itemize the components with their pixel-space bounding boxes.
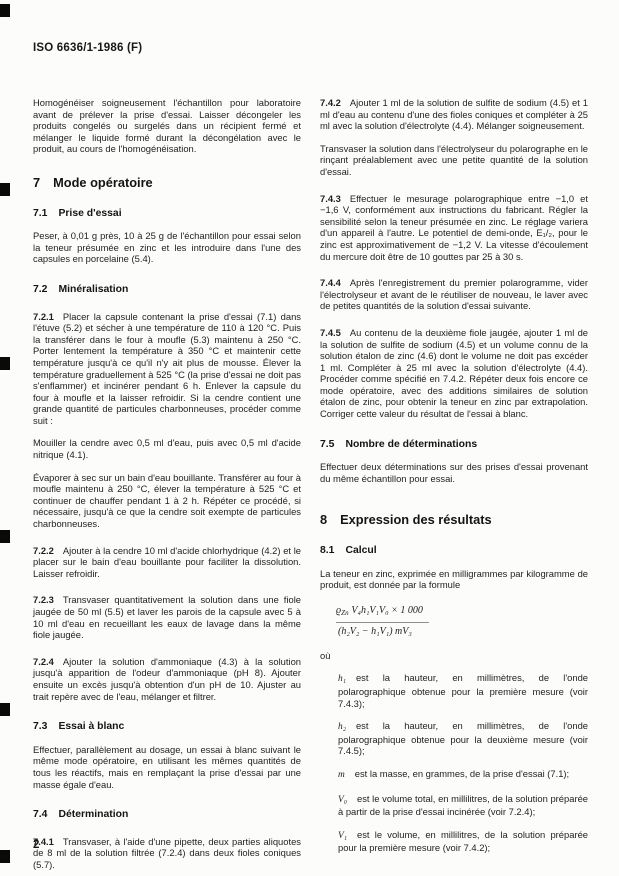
clause-7-2-1: 7.2.1Placer la capsule contenant la pris… — [33, 311, 301, 427]
section-title: Nombre de déterminations — [345, 439, 477, 450]
definition-h1: h₁est la hauteur, en millimètres, de l'o… — [320, 672, 588, 709]
section-7-heading: 7Mode opératoire — [33, 177, 301, 189]
scan-edge-mark — [0, 183, 10, 196]
rho-subscript: Zn — [341, 609, 349, 617]
fraction: ϱZn V₄h₁V₁V₀ × 1 000 (h₂V₂ − h₁V₁) mV₃ — [336, 604, 429, 638]
doc-reference: ISO 6636/1-1986 (F) — [33, 42, 142, 54]
clause-7-4-1: 7.4.1Transvaser, à l'aide d'une pipette,… — [33, 836, 301, 871]
section-title: Essai à blanc — [58, 721, 124, 732]
section-7-2-heading: 7.2Minéralisation — [33, 284, 301, 296]
section-number: 7.4 — [33, 809, 47, 820]
paragraph-deux-determinations: Effectuer deux déterminations sur des pr… — [320, 461, 588, 484]
right-column: 7.4.2Ajouter 1 ml de la solution de sulf… — [320, 97, 588, 876]
section-number: 7.2 — [33, 284, 47, 295]
page-number: 2 — [33, 839, 39, 851]
clause-7-4-5: 7.4.5Au contenu de la deuxième fiole jau… — [320, 327, 588, 420]
section-title: Prise d'essai — [58, 208, 121, 219]
section-number: 8.1 — [320, 545, 334, 556]
section-7-3-heading: 7.3Essai à blanc — [33, 721, 301, 733]
section-number: 7 — [33, 175, 40, 190]
clause-text: Transvaser, à l'aide d'une pipette, deux… — [33, 836, 301, 870]
section-title: Détermination — [58, 809, 128, 820]
zinc-content-formula: ϱZn V₄h₁V₁V₀ × 1 000 (h₂V₂ − h₁V₁) mV₃ — [336, 604, 588, 638]
section-title: Calcul — [345, 545, 376, 556]
definition-text: est la hauteur, en millimètres, de l'ond… — [338, 672, 588, 708]
clause-number: 7.4.3 — [320, 193, 341, 204]
section-7-5-heading: 7.5Nombre de déterminations — [320, 439, 588, 451]
section-8-1-heading: 8.1Calcul — [320, 545, 588, 557]
clause-number: 7.2.2 — [33, 545, 54, 556]
document-page: ISO 6636/1-1986 (F) Homogénéiser soigneu… — [0, 0, 619, 876]
paragraph-evaporer: Évaporer à sec sur un bain d'eau bouilla… — [33, 472, 301, 530]
definition-text: est le volume total, en millilitres, de … — [338, 793, 588, 818]
definition-v1: V₁est le volume, en millilitres, de la s… — [320, 829, 588, 854]
clause-number: 7.2.1 — [33, 311, 54, 322]
clause-number: 7.2.3 — [33, 594, 54, 605]
definition-m: mest la masse, en grammes, de la prise d… — [320, 768, 588, 782]
formula-denominator: (h₂V₂ − h₁V₁) mV₃ — [336, 622, 429, 638]
clause-number: 7.2.4 — [33, 656, 54, 667]
paragraph-prise-essai: Peser, à 0,01 g près, 10 à 25 g de l'éch… — [33, 230, 301, 265]
clause-7-4-3: 7.4.3Effectuer le mesurage polarographiq… — [320, 193, 588, 263]
paragraph-essai-blanc: Effectuer, parallèlement au dosage, un e… — [33, 744, 301, 790]
definition-text: est la hauteur, en millimètres, de l'ond… — [338, 720, 588, 756]
section-title: Minéralisation — [58, 284, 128, 295]
clause-text: Ajouter la solution d'ammoniaque (4.3) à… — [33, 656, 301, 702]
clause-7-2-4: 7.2.4Ajouter la solution d'ammoniaque (4… — [33, 656, 301, 702]
section-7-4-heading: 7.4Détermination — [33, 809, 301, 821]
scan-edge-mark — [0, 357, 10, 370]
paragraph-transvaser-electrolyseur: Transvaser la solution dans l'électrolys… — [320, 143, 588, 178]
clause-7-2-2: 7.2.2Ajouter à la cendre 10 ml d'acide c… — [33, 545, 301, 580]
two-column-layout: Homogénéiser soigneusement l'échantillon… — [33, 97, 588, 876]
definition-term: V₀ — [338, 795, 347, 805]
clause-number: 7.4.5 — [320, 327, 341, 338]
left-column: Homogénéiser soigneusement l'échantillon… — [33, 97, 301, 876]
section-number: 7.1 — [33, 208, 47, 219]
paragraph-homogeneisation: Homogénéiser soigneusement l'échantillon… — [33, 97, 301, 155]
scan-edge-mark — [0, 850, 10, 863]
definition-term: V₁ — [338, 831, 347, 841]
clause-text: Ajouter 1 ml de la solution de sulfite d… — [320, 97, 588, 131]
scan-edge-mark — [0, 4, 10, 17]
clause-text: Au contenu de la deuxième fiole jaugée, … — [320, 327, 588, 419]
definition-term: h₁ — [338, 674, 346, 684]
clause-7-4-2: 7.4.2Ajouter 1 ml de la solution de sulf… — [320, 97, 588, 132]
definition-term: h₂ — [338, 722, 346, 732]
section-number: 8 — [320, 512, 327, 527]
clause-text: Après l'enregistrement du premier polaro… — [320, 277, 588, 311]
clause-number: 7.4.4 — [320, 277, 341, 288]
section-number: 7.3 — [33, 721, 47, 732]
clause-number: 7.4.2 — [320, 97, 341, 108]
definition-v0: V₀est le volume total, en millilitres, d… — [320, 793, 588, 818]
formula-numerator: ϱZn V₄h₁V₁V₀ × 1 000 — [336, 604, 429, 622]
section-title: Mode opératoire — [53, 175, 153, 190]
clause-7-4-4: 7.4.4Après l'enregistrement du premier p… — [320, 277, 588, 312]
numerator-terms: V₄h₁V₁V₀ × 1 000 — [349, 605, 423, 616]
paragraph-mouiller-cendre: Mouiller la cendre avec 0,5 ml d'eau, pu… — [33, 437, 301, 460]
section-7-1-heading: 7.1Prise d'essai — [33, 208, 301, 220]
clause-text: Transvaser quantitativement la solution … — [33, 594, 301, 640]
scan-edge-mark — [0, 530, 10, 543]
clause-text: Effectuer le mesurage polarographique en… — [320, 193, 588, 262]
definition-text: est le volume, en millilitres, de la sol… — [338, 829, 588, 854]
clause-text: Ajouter à la cendre 10 ml d'acide chlorh… — [33, 545, 301, 579]
definition-text: est la masse, en grammes, de la prise d'… — [355, 768, 569, 779]
section-title: Expression des résultats — [340, 512, 492, 527]
section-8-heading: 8Expression des résultats — [320, 514, 588, 526]
section-number: 7.5 — [320, 439, 334, 450]
paragraph-teneur-zinc: La teneur en zinc, exprimée en milligram… — [320, 568, 588, 591]
definition-term: m — [338, 770, 345, 780]
scan-edge-mark — [0, 703, 10, 716]
clause-7-2-3: 7.2.3Transvaser quantitativement la solu… — [33, 594, 301, 640]
definition-h2: h₂est la hauteur, en millimètres, de l'o… — [320, 720, 588, 757]
where-label: où — [320, 650, 588, 662]
clause-text: Placer la capsule contenant la prise d'e… — [33, 311, 301, 426]
